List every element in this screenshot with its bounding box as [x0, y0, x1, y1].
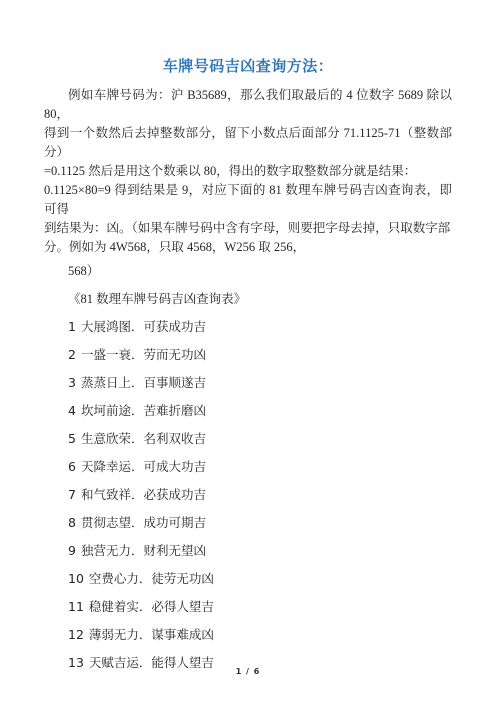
- entry-text: 贯彻志望．成功可期吉: [81, 516, 206, 530]
- intro-line: 得到一个数然后去掉整数部分，留下小数点后面部分 71.1125-71（整数部分）: [44, 124, 452, 162]
- entry-row: 7和气致祥．必获成功吉: [0, 481, 496, 509]
- entry-number: 1: [68, 319, 76, 334]
- entry-row: 1大展鸿图．可获成功吉: [0, 313, 496, 341]
- entry-row: 3蒸蒸日上．百事顺遂吉: [0, 369, 496, 397]
- entry-row: 4坎坷前途．苦难折磨凶: [0, 397, 496, 425]
- entry-row: 5生意欣荣．名利双收吉: [0, 425, 496, 453]
- intro-tail-line: 568）: [0, 257, 496, 285]
- intro-line: 例如车牌号码为：沪 B35689，那么我们取最后的 4 位数字 5689 除以 …: [44, 86, 452, 124]
- document-page: 车牌号码吉凶查询方法： 例如车牌号码为：沪 B35689，那么我们取最后的 4 …: [0, 0, 496, 702]
- entry-number: 7: [68, 487, 76, 502]
- entry-row: 8贯彻志望．成功可期吉: [0, 509, 496, 537]
- page-indicator: 1 / 6: [236, 667, 261, 676]
- intro-line: 分。例如为 4W568，只取 4568，W256 取 256，: [44, 238, 452, 257]
- entry-text: 空费心力．徒劳无功凶: [89, 572, 214, 586]
- entry-row: 10空费心力．徒劳无功凶: [0, 565, 496, 593]
- entry-row: 6天降幸运．可成大功吉: [0, 453, 496, 481]
- entry-number: 8: [68, 515, 76, 530]
- entry-number: 2: [68, 347, 76, 362]
- entry-number: 10: [68, 571, 84, 586]
- entry-text: 独营无力．财利无望凶: [81, 544, 206, 558]
- entry-row: 2一盛一衰．劳而无功凶: [0, 341, 496, 369]
- entry-number: 4: [68, 403, 76, 418]
- intro-line: =0.1125 然后是用这个数乘以 80，得出的数字取整数部分就是结果：: [44, 162, 452, 181]
- entry-number: 9: [68, 543, 76, 558]
- entry-number: 11: [68, 599, 84, 614]
- entry-text: 蒸蒸日上．百事顺遂吉: [81, 376, 206, 390]
- intro-line: 到结果为：凶。（如果车牌号码中含有字母，则要把字母去掉，只取数字部: [44, 219, 452, 238]
- entry-row: 11稳健着实．必得人望吉: [0, 593, 496, 621]
- entry-text: 一盛一衰．劳而无功凶: [81, 348, 206, 362]
- entry-text: 生意欣荣．名利双收吉: [81, 432, 206, 446]
- entry-text: 坎坷前途．苦难折磨凶: [81, 404, 206, 418]
- intro-paragraph: 例如车牌号码为：沪 B35689，那么我们取最后的 4 位数字 5689 除以 …: [44, 86, 452, 257]
- entry-number: 5: [68, 431, 76, 446]
- entry-row: 9独营无力．财利无望凶: [0, 537, 496, 565]
- entry-text: 薄弱无力．谋事难成凶: [89, 628, 214, 642]
- page-footer: 1 / 6: [0, 667, 496, 676]
- entry-row: 12薄弱无力．谋事难成凶: [0, 621, 496, 649]
- entry-number: 3: [68, 375, 76, 390]
- lookup-table-title: 《81 数理车牌号码吉凶查询表》: [0, 285, 496, 313]
- entry-text: 天降幸运．可成大功吉: [81, 460, 206, 474]
- entry-text: 和气致祥．必获成功吉: [81, 488, 206, 502]
- intro-line: 0.1125×80=9 得到结果是 9，对应下面的 81 数理车牌号码吉凶查询表…: [44, 181, 452, 219]
- entry-text: 稳健着实．必得人望吉: [89, 600, 214, 614]
- entry-number: 12: [68, 627, 84, 642]
- entry-text: 大展鸿图．可获成功吉: [81, 320, 206, 334]
- page-title: 车牌号码吉凶查询方法：: [0, 0, 496, 78]
- entry-number: 6: [68, 459, 76, 474]
